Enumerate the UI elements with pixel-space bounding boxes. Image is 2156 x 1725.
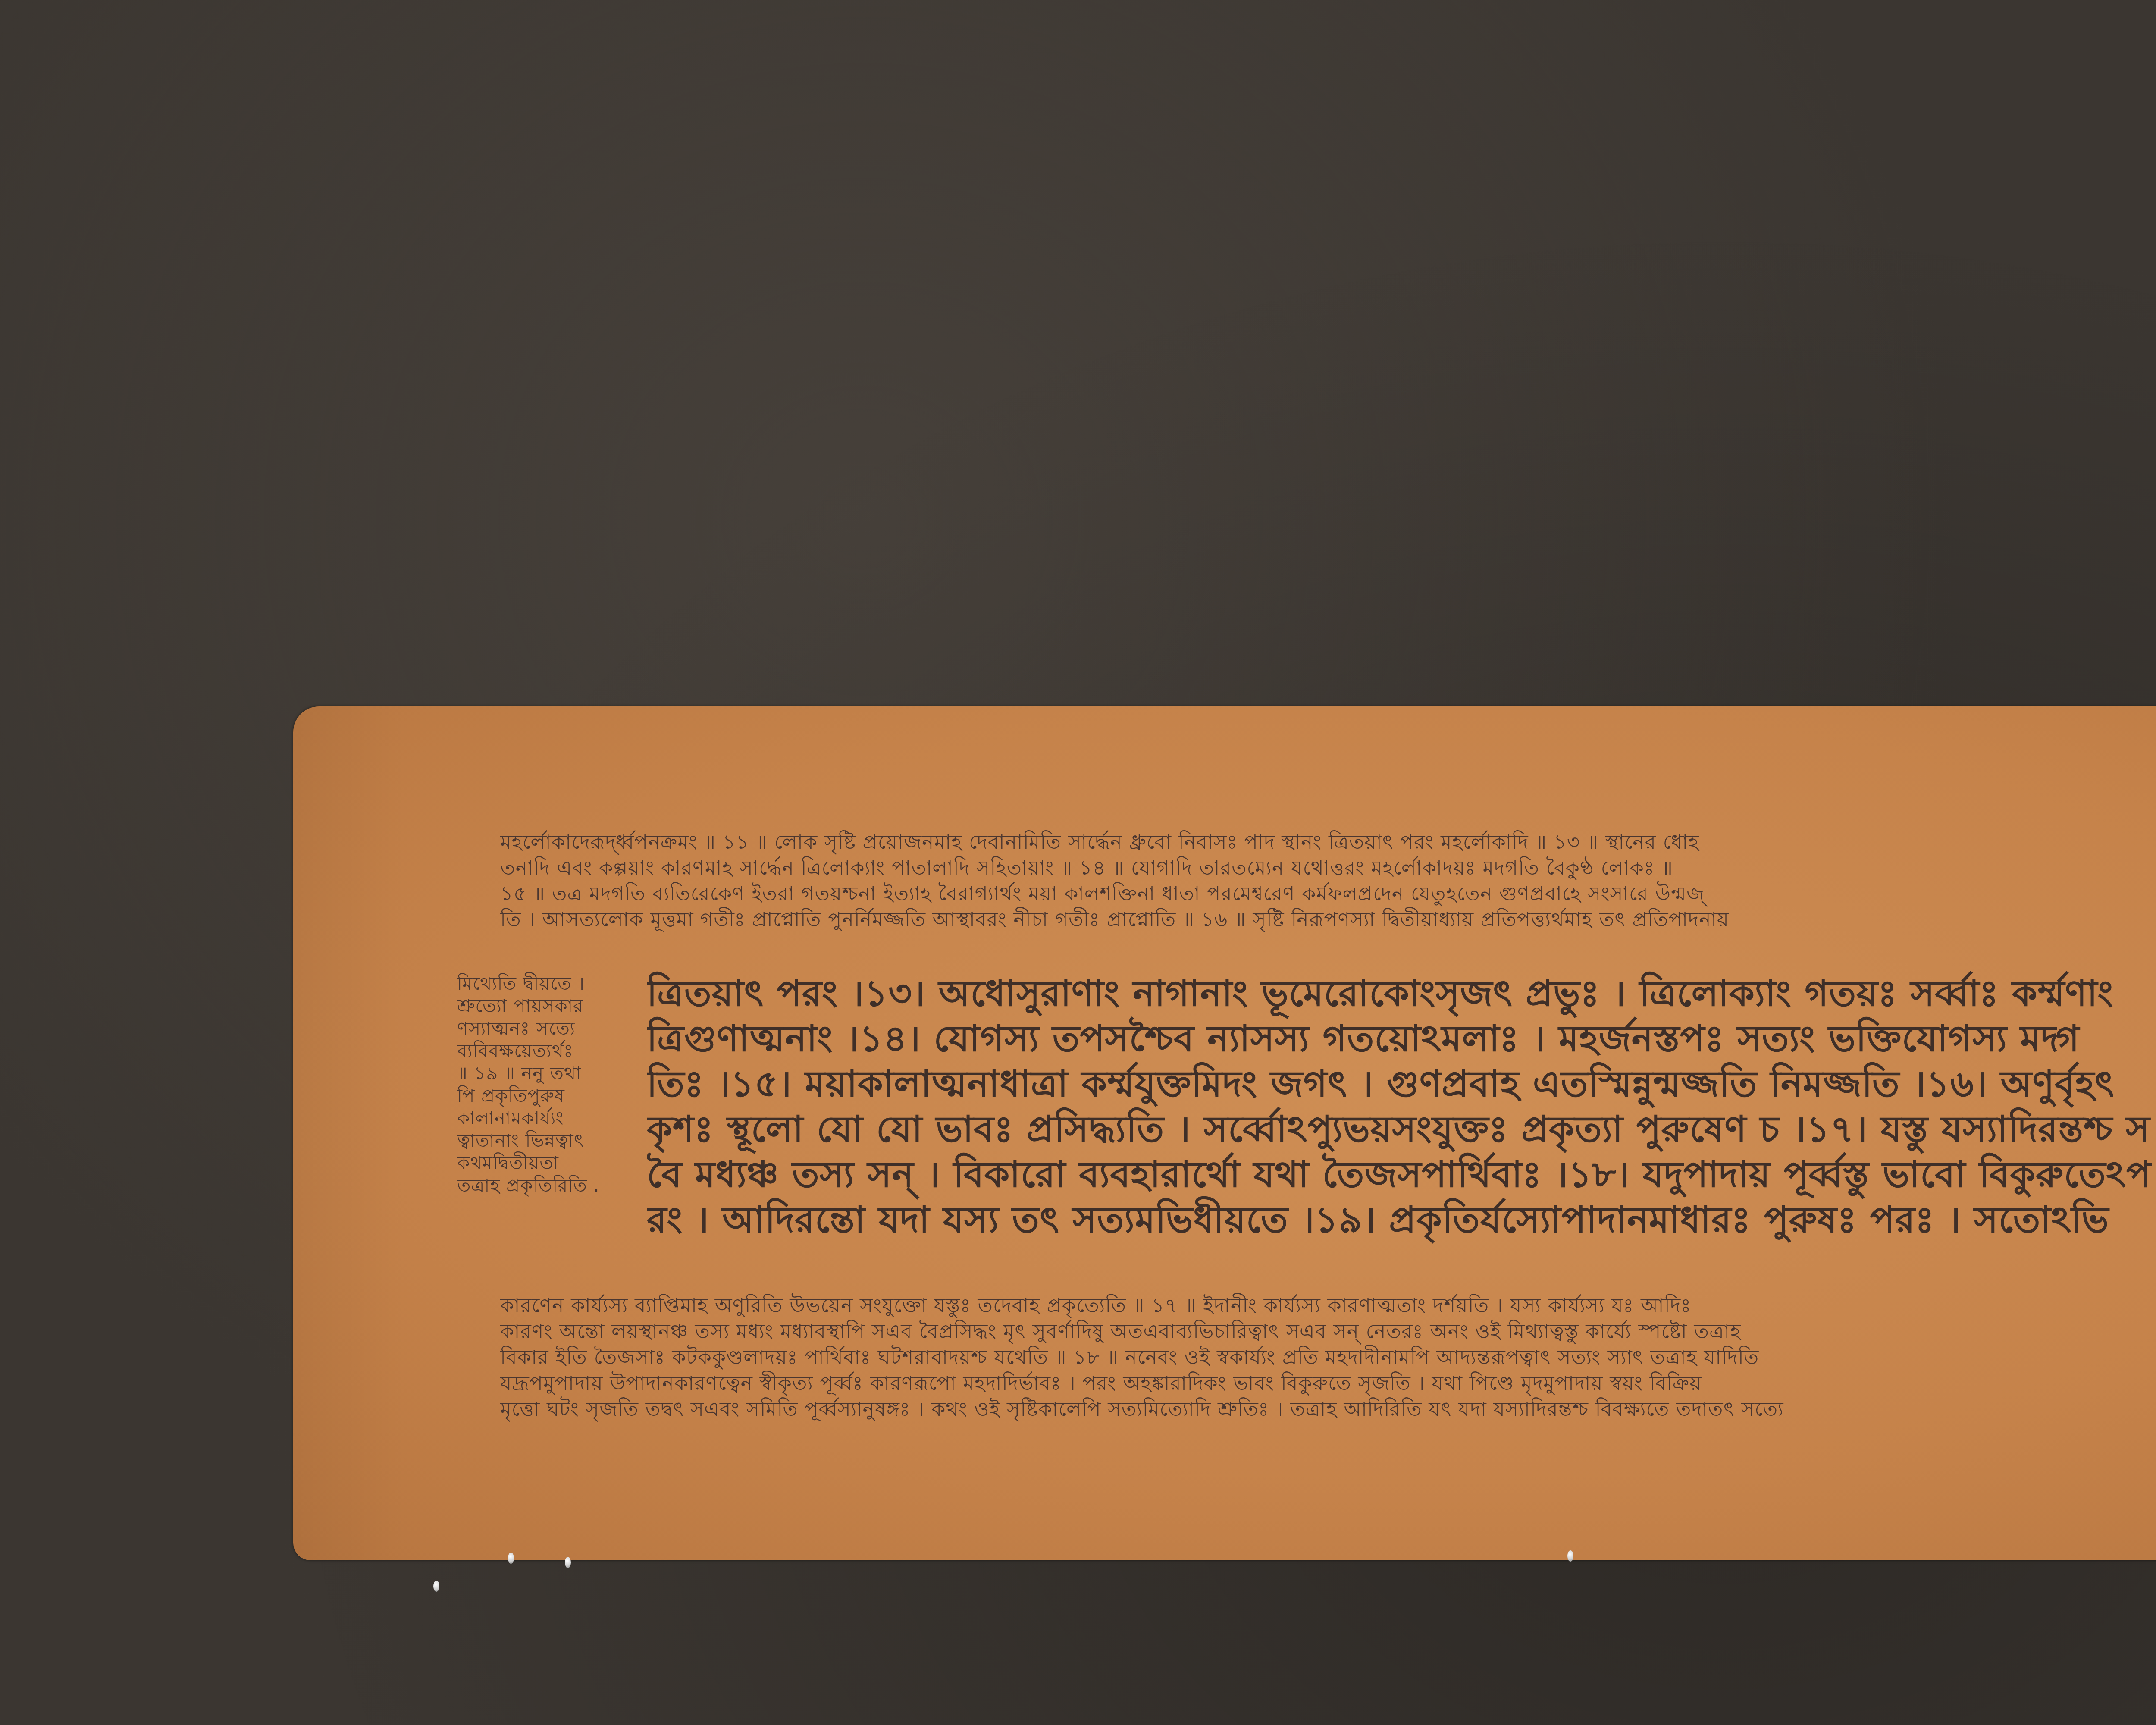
mounting-pin	[433, 1581, 439, 1592]
mounting-pin	[508, 1552, 514, 1564]
mounting-pin	[1567, 1550, 1573, 1562]
verse-line: রং । আদিরন্তো যদা যস্য তৎ সত্যমভিধীয়তে …	[647, 1192, 2156, 1252]
mounting-pin	[565, 1557, 571, 1568]
manuscript-leaf: মহর্লোকাদেরূর্দ্ধ্বপনক্রমং ॥ ১১ ॥ লোক সৃ…	[293, 706, 2156, 1560]
gloss-line: তত্রাহ প্রকৃতিরিতি .	[457, 1171, 638, 1202]
upper-commentary-line: তি । আসত্যলোক মূত্তমা গতীঃ প্রাপ্নোতি পু…	[500, 905, 2156, 938]
lower-commentary-line: মৃত্তো ঘটং সৃজতি তদ্বৎ সএবং সমিতি পূর্ব্…	[500, 1394, 2156, 1427]
